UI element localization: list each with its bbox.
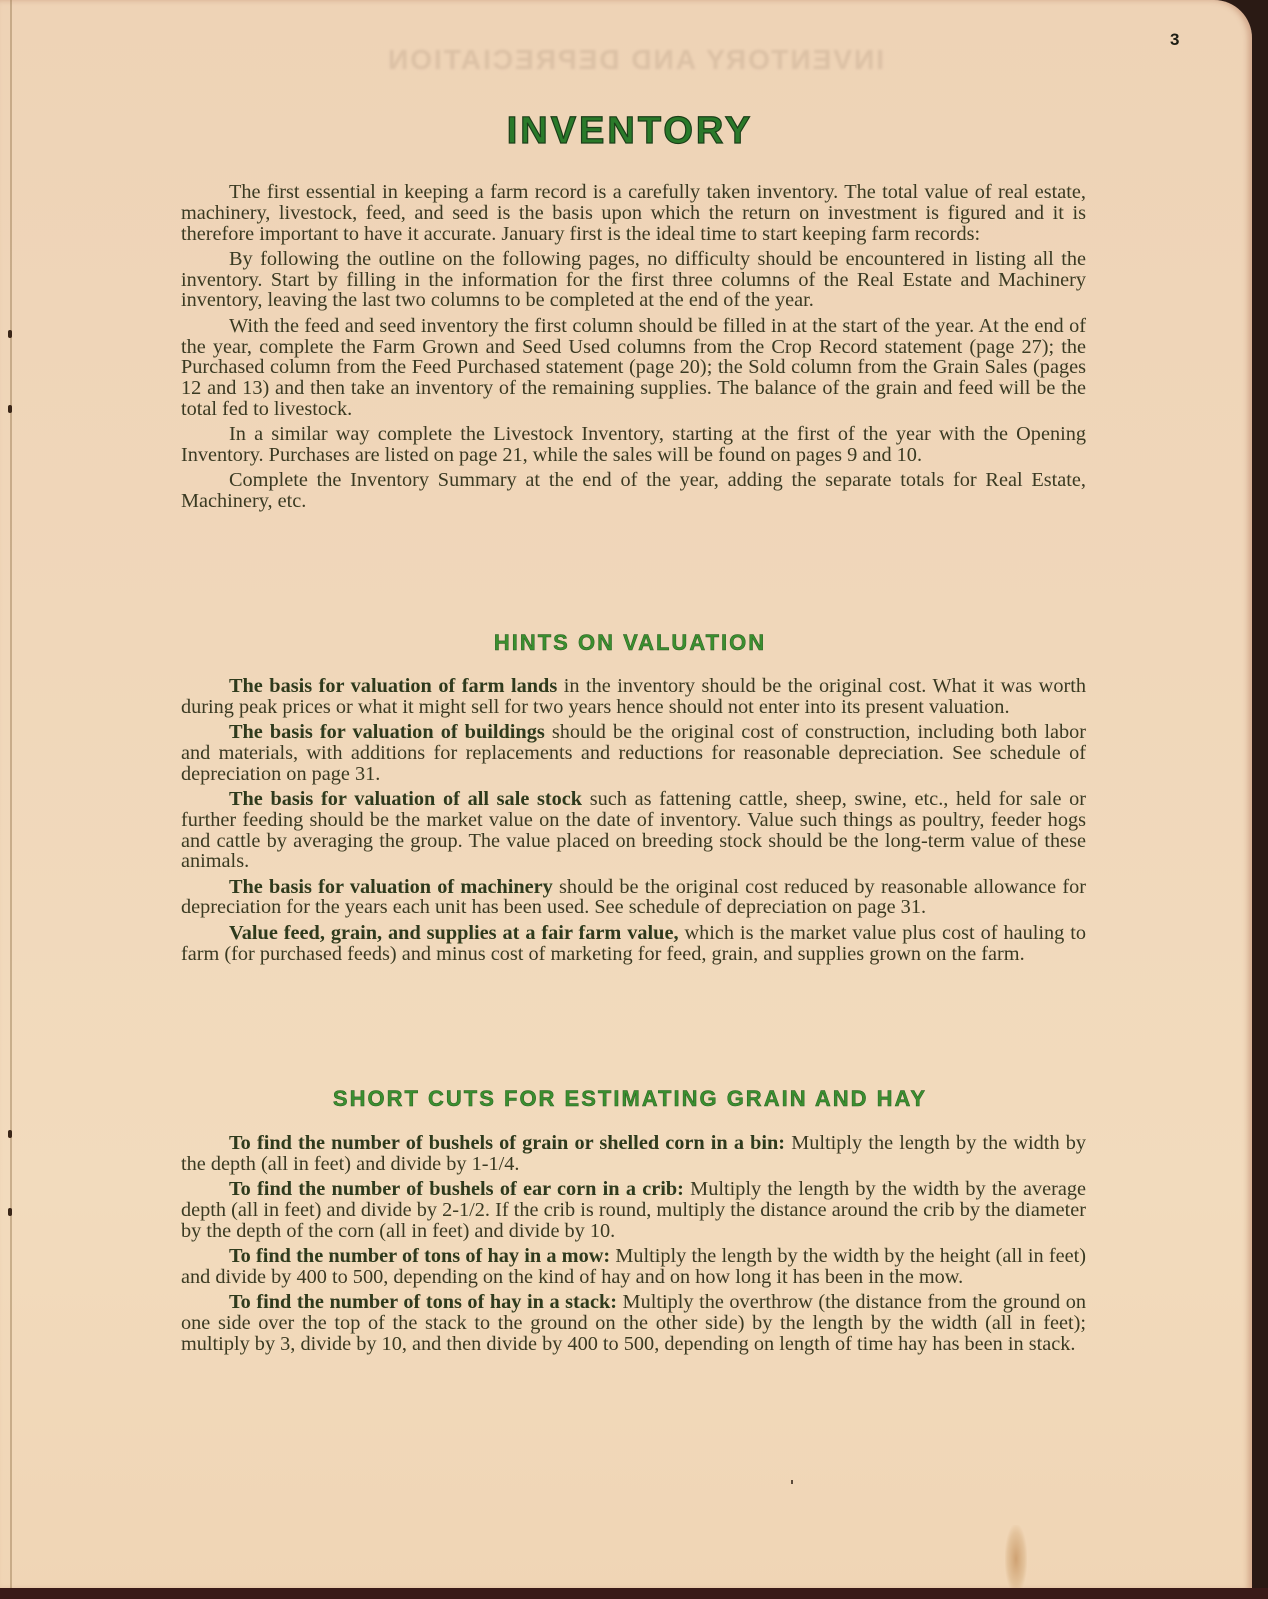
binding-hole-mark (8, 405, 12, 413)
intro-section: The first essential in keeping a farm re… (181, 182, 1086, 516)
hints-heading: HINTS ON VALUATION (180, 630, 1080, 656)
shortcut-paragraph: To find the number of bushels of ear cor… (181, 1179, 1086, 1241)
intro-paragraph: Complete the Inventory Summary at the en… (181, 470, 1086, 512)
hint-lead: The basis for valuation of farm lands (229, 675, 557, 697)
intro-paragraph: The first essential in keeping a farm re… (181, 182, 1086, 244)
hint-paragraph: The basis for valuation of farm lands in… (181, 676, 1086, 718)
hints-section: The basis for valuation of farm lands in… (181, 676, 1086, 969)
shortcut-paragraph: To find the number of bushels of grain o… (181, 1133, 1086, 1175)
page-title: INVENTORY (180, 110, 1080, 153)
intro-paragraph: In a similar way complete the Livestock … (181, 424, 1086, 466)
binding-hole-mark (8, 1208, 12, 1216)
page-number: 3 (1170, 30, 1179, 50)
paper-stain (1005, 1525, 1027, 1593)
shortcut-lead: To find the number of tons of hay in a m… (229, 1245, 610, 1267)
paper-speck (791, 1480, 793, 1484)
hint-paragraph: The basis for valuation of machinery sho… (181, 877, 1086, 919)
shortcut-lead: To find the number of bushels of ear cor… (229, 1178, 684, 1200)
shortcut-paragraph: To find the number of tons of hay in a m… (181, 1246, 1086, 1288)
shortcut-paragraph: To find the number of tons of hay in a s… (181, 1292, 1086, 1354)
hint-lead: The basis for valuation of machinery (229, 876, 553, 898)
shortcut-lead: To find the number of bushels of grain o… (229, 1132, 785, 1154)
shortcut-lead: To find the number of tons of hay in a s… (229, 1291, 617, 1313)
page-bottom-edge (0, 1588, 1268, 1599)
hint-lead: The basis for valuation of buildings (229, 721, 545, 743)
intro-paragraph: With the feed and seed inventory the fir… (181, 316, 1086, 420)
show-through-heading: INVENTORY AND DEPRECIATION (285, 44, 985, 76)
document-page: INVENTORY AND DEPRECIATION 3 INVENTORY T… (0, 0, 1252, 1590)
binding-hole-mark (8, 1130, 12, 1138)
hint-lead: The basis for valuation of all sale stoc… (229, 788, 582, 810)
hint-lead: Value feed, grain, and supplies at a fai… (229, 922, 679, 944)
shortcuts-section: To find the number of bushels of grain o… (181, 1133, 1086, 1359)
hint-paragraph: Value feed, grain, and supplies at a fai… (181, 923, 1086, 965)
shortcuts-heading: SHORT CUTS FOR ESTIMATING GRAIN AND HAY (180, 1086, 1080, 1112)
hint-paragraph: The basis for valuation of buildings sho… (181, 722, 1086, 784)
intro-paragraph: By following the outline on the followin… (181, 249, 1086, 311)
hint-paragraph: The basis for valuation of all sale stoc… (181, 789, 1086, 872)
binding-hole-mark (8, 330, 12, 338)
